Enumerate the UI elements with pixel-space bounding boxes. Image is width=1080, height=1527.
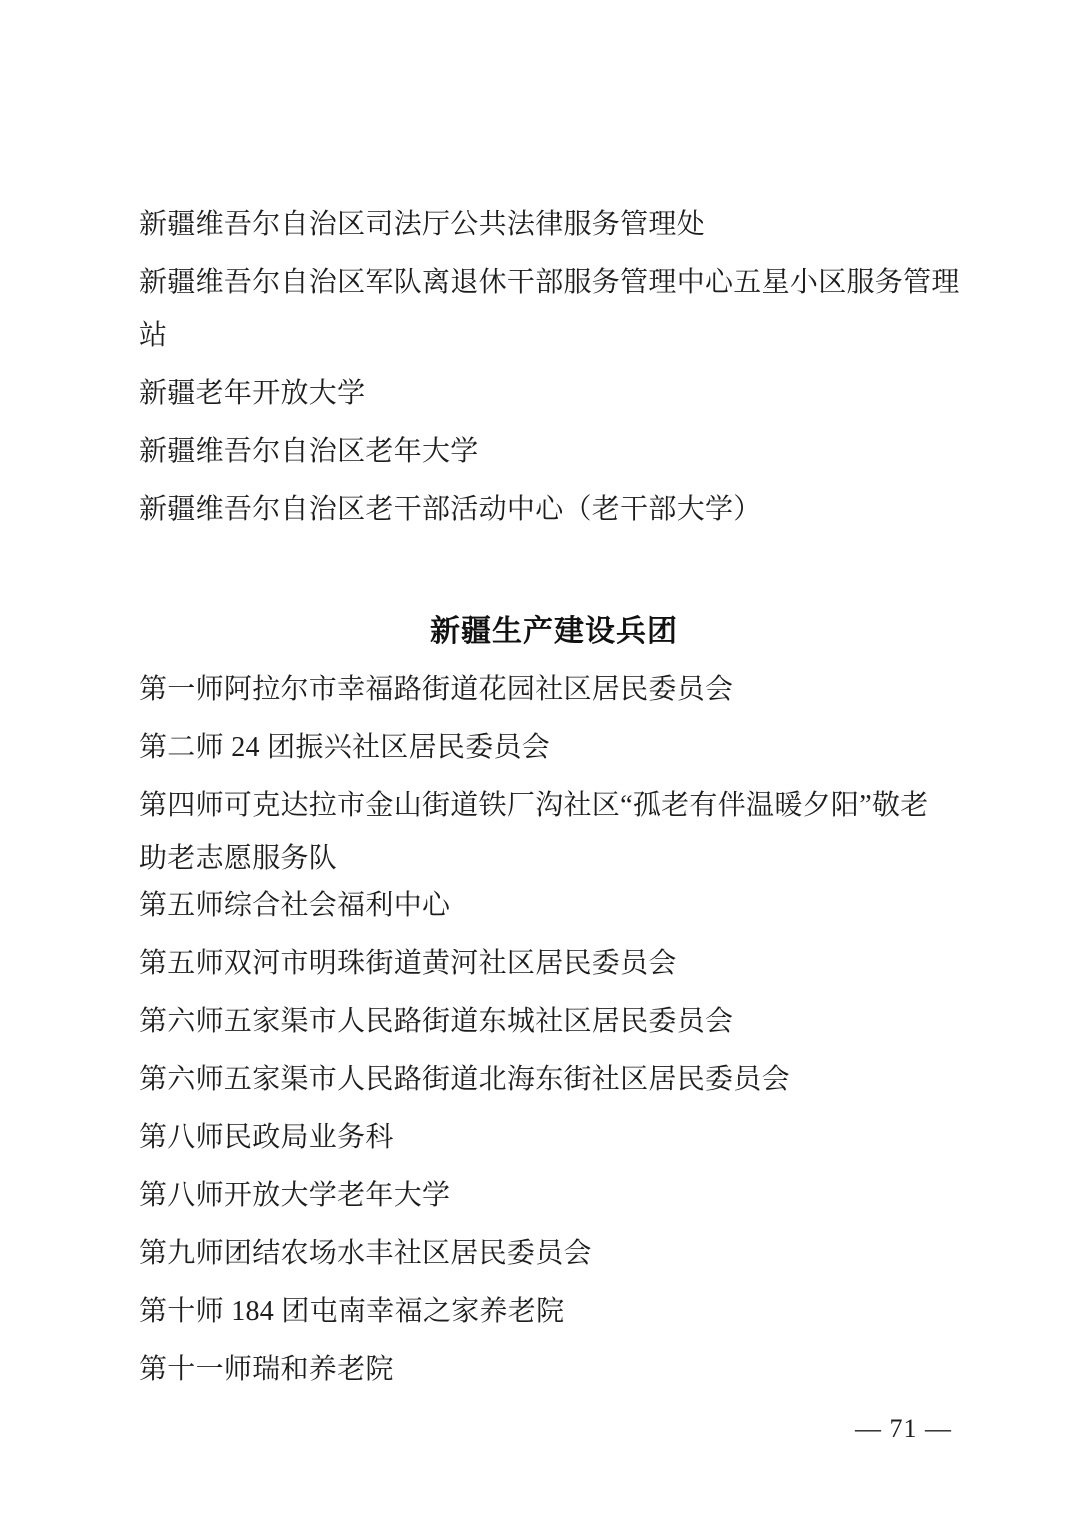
- org-line: 第六师五家渠市人民路街道北海东街社区居民委员会: [139, 1053, 969, 1106]
- org-line: 第一师阿拉尔市幸福路街道花园社区居民委员会: [139, 663, 969, 716]
- org-line: 第八师开放大学老年大学: [139, 1169, 969, 1222]
- org-line: 第五师双河市明珠街道黄河社区居民委员会: [139, 937, 969, 990]
- org-line: 第五师综合社会福利中心: [139, 879, 969, 932]
- org-line: 第十师 184 团屯南幸福之家养老院: [139, 1285, 969, 1338]
- org-line: 第六师五家渠市人民路街道东城社区居民委员会: [139, 995, 969, 1048]
- page-number: — 71 —: [855, 1414, 952, 1444]
- org-line: 第八师民政局业务科: [139, 1111, 969, 1164]
- org-line: 新疆维吾尔自治区老干部活动中心（老干部大学）: [139, 483, 969, 536]
- document-content: 新疆维吾尔自治区司法厅公共法律服务管理处 新疆维吾尔自治区军队离退休干部服务管理…: [139, 198, 969, 1401]
- org-line: 第四师可克达拉市金山街道铁厂沟社区“孤老有伴温暖夕阳”敬老 助老志愿服务队: [139, 779, 969, 885]
- document-page: 新疆维吾尔自治区司法厅公共法律服务管理处 新疆维吾尔自治区军队离退休干部服务管理…: [0, 0, 1080, 1527]
- org-line: 新疆维吾尔自治区老年大学: [139, 425, 969, 478]
- org-line: 新疆维吾尔自治区司法厅公共法律服务管理处: [139, 198, 969, 251]
- org-line: 新疆维吾尔自治区军队离退休干部服务管理中心五星小区服务管理站: [139, 256, 969, 362]
- org-line: 第九师团结农场水丰社区居民委员会: [139, 1227, 969, 1280]
- org-line: 第二师 24 团振兴社区居民委员会: [139, 721, 969, 774]
- section-title: 新疆生产建设兵团: [139, 610, 969, 654]
- org-line: 新疆老年开放大学: [139, 367, 969, 420]
- org-line: 第十一师瑞和养老院: [139, 1343, 969, 1396]
